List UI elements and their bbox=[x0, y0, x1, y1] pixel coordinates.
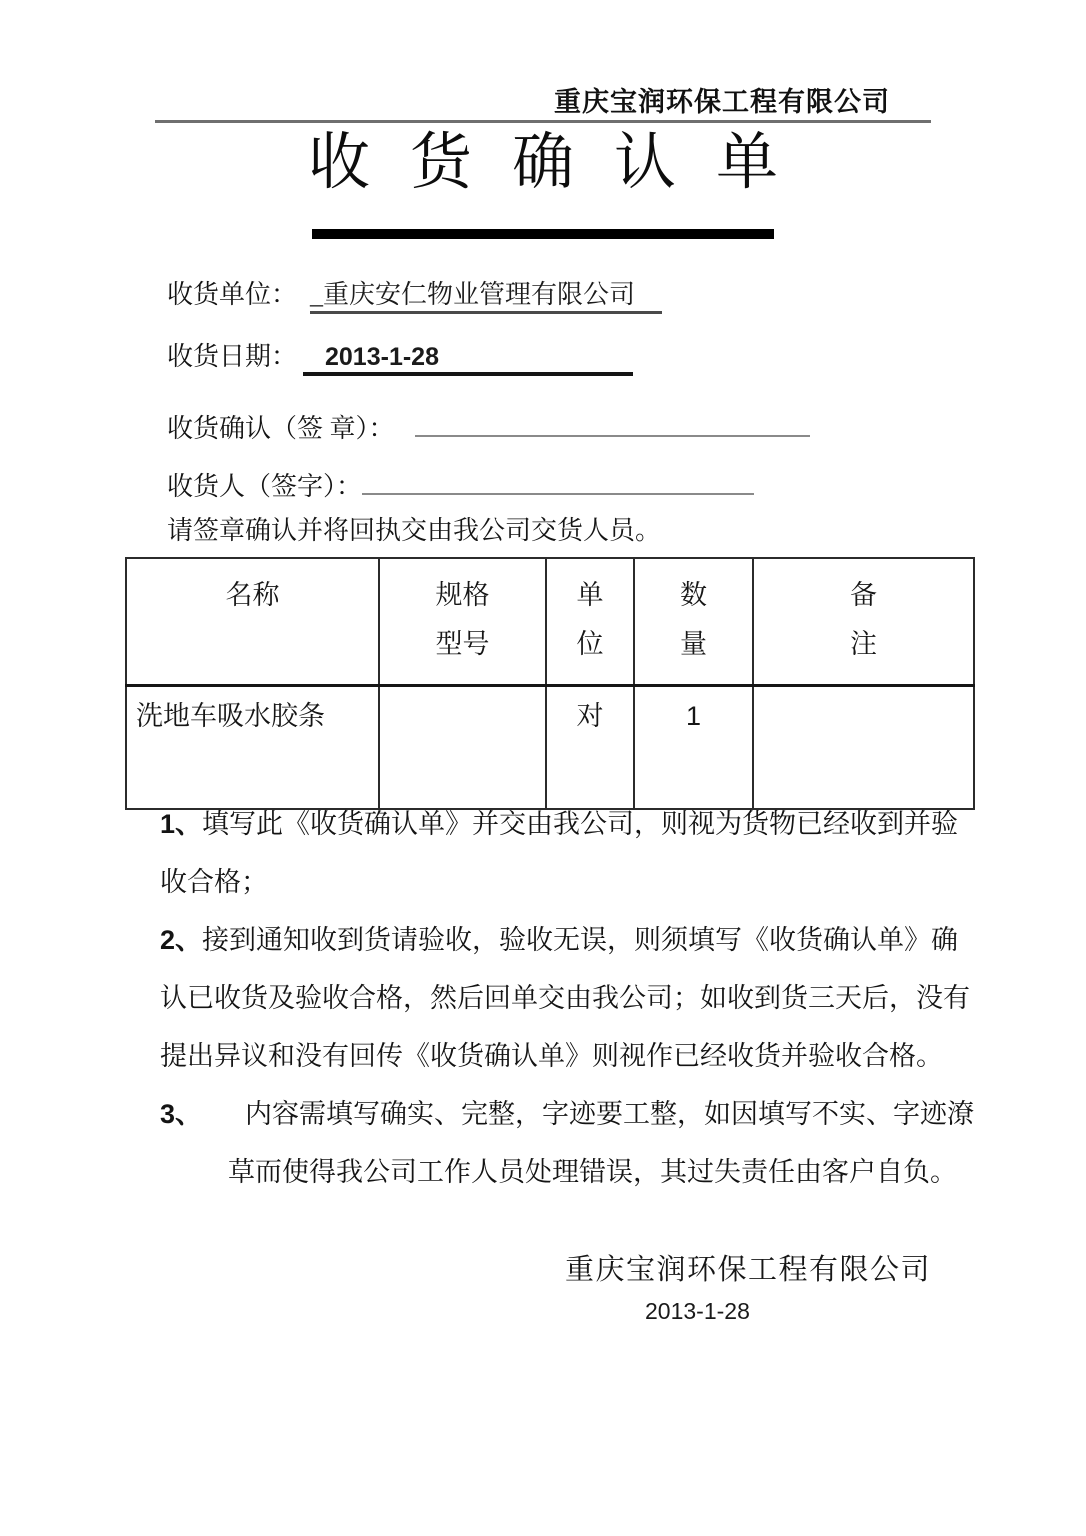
term-2-line-1: 2、接到通知收到货请验收，验收无误，则须填写《收货确认单》确 bbox=[160, 911, 970, 969]
term-1-text-1: 填写此《收货确认单》并交由我公司，则视为货物已经收到并验 bbox=[202, 809, 958, 839]
col-header-spec-line2: 型号 bbox=[380, 620, 545, 669]
document-page: 重庆宝润环保工程有限公司 收货确认单 收货单位：_重庆安仁物业管理有限公司 收货… bbox=[0, 0, 1086, 1536]
col-header-name-line1: 名称 bbox=[127, 571, 378, 620]
term-2-text-1: 接到通知收到货请验收，验收无误，则须填写《收货确认单》确 bbox=[202, 925, 958, 955]
header-company-name: 重庆宝润环保工程有限公司 bbox=[554, 80, 890, 119]
field-receiver-unit: 收货单位：_重庆安仁物业管理有限公司 bbox=[167, 276, 662, 314]
term-1-line-1: 1、填写此《收货确认单》并交由我公司，则视为货物已经收到并验 bbox=[160, 795, 970, 853]
cell-spec-model bbox=[379, 686, 546, 810]
footer-date: 2013-1-28 bbox=[645, 1298, 750, 1325]
terms-list: 1、填写此《收货确认单》并交由我公司，则视为货物已经收到并验 收合格； 2、接到… bbox=[160, 795, 970, 1201]
col-header-quantity-line2: 量 bbox=[635, 620, 752, 669]
field-receiver-unit-value: _重庆安仁物业管理有限公司 bbox=[310, 280, 635, 309]
title-underline bbox=[312, 229, 774, 239]
field-confirm-seal-line bbox=[415, 399, 810, 437]
term-3-line-2: 草而使得我公司工作人员处理错误，其过失责任由客户自负。 bbox=[160, 1143, 970, 1201]
field-receiver-signature-line bbox=[362, 457, 754, 495]
term-2-line-3: 提出异议和没有回传《收货确认单》则视作已经收货并验收合格。 bbox=[160, 1027, 970, 1085]
goods-table-row: 洗地车吸水胶条 对 1 bbox=[126, 686, 974, 810]
goods-table: 名称 规格 型号 单 位 数 量 备 注 洗地车吸水胶条 对 1 bbox=[125, 557, 975, 810]
term-3-text-1: 内容需填写确实、完整，字迹要工整，如因填写不实、字迹潦 bbox=[245, 1099, 974, 1129]
cell-remarks bbox=[753, 686, 974, 810]
col-header-unit-line2: 位 bbox=[547, 620, 633, 669]
term-3-number: 3、 bbox=[160, 1085, 245, 1143]
field-receiver-signature: 收货人（签字）： bbox=[167, 457, 754, 506]
term-1-number: 1、 bbox=[160, 809, 202, 839]
term-1-line-2: 收合格； bbox=[160, 853, 970, 911]
footer-company-name: 重庆宝润环保工程有限公司 bbox=[565, 1247, 931, 1288]
col-header-remarks-line1: 备 bbox=[754, 571, 973, 620]
term-3-line-1: 3、内容需填写确实、完整，字迹要工整，如因填写不实、字迹潦 bbox=[160, 1085, 970, 1143]
field-receiver-unit-line: _重庆安仁物业管理有限公司 bbox=[310, 276, 662, 314]
col-header-spec-line1: 规格 bbox=[380, 571, 545, 620]
field-confirm-seal: 收货确认（签 章）： bbox=[167, 399, 810, 448]
col-header-remarks: 备 注 bbox=[753, 558, 974, 686]
col-header-quantity-line1: 数 bbox=[635, 571, 752, 620]
field-receive-date: 收货日期：2013-1-28 bbox=[167, 338, 633, 376]
field-receiver-signature-label: 收货人（签字）： bbox=[167, 468, 362, 506]
col-header-remarks-line2: 注 bbox=[754, 620, 973, 669]
cell-item-name: 洗地车吸水胶条 bbox=[126, 686, 379, 810]
term-2-number: 2、 bbox=[160, 925, 202, 955]
col-header-quantity: 数 量 bbox=[634, 558, 753, 686]
field-receive-date-value: 2013-1-28 bbox=[325, 343, 439, 371]
header-rule bbox=[155, 120, 931, 123]
page-title: 收货确认单 bbox=[0, 128, 1086, 199]
col-header-name: 名称 bbox=[126, 558, 379, 686]
goods-table-header-row: 名称 规格 型号 单 位 数 量 备 注 bbox=[126, 558, 974, 686]
cell-quantity: 1 bbox=[634, 686, 753, 810]
col-header-unit-line1: 单 bbox=[547, 571, 633, 620]
field-receive-date-label: 收货日期： bbox=[167, 338, 303, 376]
col-header-spec-model: 规格 型号 bbox=[379, 558, 546, 686]
cell-unit: 对 bbox=[546, 686, 634, 810]
field-receive-date-line: 2013-1-28 bbox=[303, 338, 633, 376]
field-receiver-unit-label: 收货单位： bbox=[167, 276, 310, 314]
field-confirm-seal-label: 收货确认（签 章）： bbox=[167, 410, 415, 448]
col-header-unit: 单 位 bbox=[546, 558, 634, 686]
instruction-note: 请签章确认并将回执交由我公司交货人员。 bbox=[167, 510, 661, 547]
term-2-line-2: 认已收货及验收合格，然后回单交由我公司；如收到货三天后，没有 bbox=[160, 969, 970, 1027]
